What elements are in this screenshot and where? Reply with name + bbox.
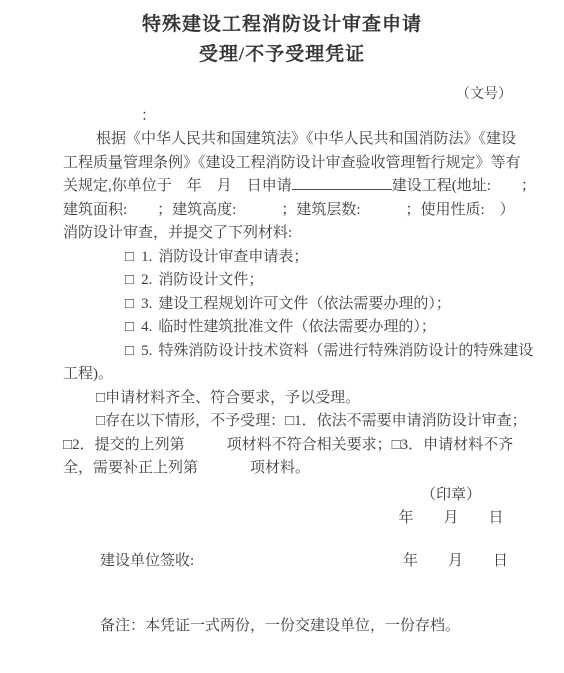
rejection-reason-1-text: 1．依法不需要申请消防设计审查；	[294, 413, 527, 429]
rejection-line-2: □2．提交的上列第项材料不符合相关要求；□3．申请材料不齐	[63, 434, 502, 458]
rejection-reason-2-text-post: 项材料不符合相关要求；	[227, 437, 392, 453]
receipt-date-line: 年 月 日	[403, 551, 508, 571]
intro-line-3-text: 关规定,你单位于 年 月 日申请	[63, 178, 292, 194]
supplement-item-number-blank-field[interactable]	[198, 458, 250, 472]
document-title: 特殊建设工程消防设计审查申请 受理/不予受理凭证	[0, 0, 564, 70]
material-4-number: 4.	[141, 316, 152, 340]
rejection-reason-3-text: 3．申请材料不齐	[401, 437, 514, 453]
material-5-label: 特殊消防设计技术资料（需进行特殊消防设计的特殊建设	[158, 343, 533, 359]
material-1-checkbox[interactable]: □	[125, 246, 134, 270]
material-1-number: 1.	[141, 246, 152, 270]
material-item-4: □4.临时性建筑批准文件（依法需要办理的）；	[63, 316, 502, 340]
intro-line-3-text-after: 建设工程(地址: ；	[392, 178, 536, 194]
material-4-label: 临时性建筑批准文件（依法需要办理的）；	[158, 319, 436, 335]
reject-reason-3-checkbox[interactable]: □	[392, 434, 401, 458]
material-item-5: □5.特殊消防设计技术资料（需进行特殊消防设计的特殊建设	[63, 340, 502, 364]
seal-label: （印章）	[395, 484, 507, 507]
material-2-checkbox[interactable]: □	[125, 269, 134, 293]
title-line-2: 受理/不予受理凭证	[0, 40, 564, 70]
intro-line-5: 消防设计审查，并提交了下列材料:	[63, 222, 502, 246]
material-4-checkbox[interactable]: □	[125, 316, 134, 340]
acceptance-text: 申请材料齐全、符合要求，予以受理。	[105, 390, 360, 406]
addressee-colon: ：	[141, 108, 156, 124]
title-line-1: 特殊建设工程消防设计审查申请	[0, 10, 564, 40]
intro-line-2: 工程质量管理条例》《建设工程消防设计审查验收管理暂行规定》等有	[63, 152, 502, 176]
intro-line-1: 根据《中华人民共和国建筑法》《中华人民共和国消防法》《建设	[63, 128, 502, 152]
receipt-row: 建设单位签收: 年 月 日	[100, 551, 508, 571]
material-1-label: 消防设计审查申请表；	[158, 249, 308, 265]
rejection-reason-2-text-pre: 2．提交的上列第	[72, 437, 185, 453]
rejection-line-3: 全，需要补正上列第项材料。	[63, 457, 502, 481]
intro-line-3: 关规定,你单位于 年 月 日申请建设工程(地址: ；	[63, 175, 502, 199]
doc-number-label: （文号）	[0, 86, 564, 104]
material-5-number: 5.	[141, 340, 152, 364]
note-line: 备注：本凭证一式两份，一份交建设单位，一份存档。	[100, 616, 460, 636]
authority-date-line: 年 月 日	[395, 507, 507, 530]
intro-line-4: 建筑面积: ；建筑高度: ；建筑层数: ；使用性质: ）	[63, 199, 502, 223]
material-2-label: 消防设计文件；	[158, 272, 263, 288]
reject-reason-2-checkbox[interactable]: □	[63, 434, 72, 458]
rejection-reason-3-cont-post: 项材料。	[250, 460, 310, 476]
addressee-name-blank-field[interactable]	[63, 106, 141, 120]
document-body: 根据《中华人民共和国建筑法》《中华人民共和国消防法》《建设 工程质量管理条例》《…	[63, 128, 502, 481]
material-2-number: 2.	[141, 269, 152, 293]
rejection-reason-3-cont-pre: 全，需要补正上列第	[63, 460, 198, 476]
nonconforming-item-number-blank-field[interactable]	[185, 435, 227, 449]
material-3-checkbox[interactable]: □	[125, 293, 134, 317]
rejection-intro-text: 存在以下情形，不予受理：	[105, 413, 285, 429]
rejection-line-1: □存在以下情形，不予受理：□1．依法不需要申请消防设计审查；	[63, 410, 502, 434]
certificate-document: 特殊建设工程消防设计审查申请 受理/不予受理凭证 （文号） ： 根据《中华人民共…	[0, 0, 564, 673]
material-item-1: □1.消防设计审查申请表；	[63, 246, 502, 270]
reject-reason-1-checkbox[interactable]: □	[285, 410, 294, 434]
material-item-2: □2.消防设计文件；	[63, 269, 502, 293]
authority-signature-block: （印章） 年 月 日	[395, 484, 507, 530]
addressee-line: ：	[63, 104, 564, 128]
project-name-blank-field[interactable]	[292, 175, 392, 190]
receipt-label: 建设单位签收:	[100, 551, 194, 571]
material-5-checkbox[interactable]: □	[125, 340, 134, 364]
reject-checkbox[interactable]: □	[96, 410, 105, 434]
material-item-3: □3.建设工程规划许可文件（依法需要办理的）；	[63, 293, 502, 317]
accept-checkbox[interactable]: □	[96, 387, 105, 411]
material-3-label: 建设工程规划许可文件（依法需要办理的）；	[158, 296, 451, 312]
material-item-5-continuation: 工程)。	[63, 363, 502, 387]
material-3-number: 3.	[141, 293, 152, 317]
acceptance-line: □申请材料齐全、符合要求，予以受理。	[63, 387, 502, 411]
